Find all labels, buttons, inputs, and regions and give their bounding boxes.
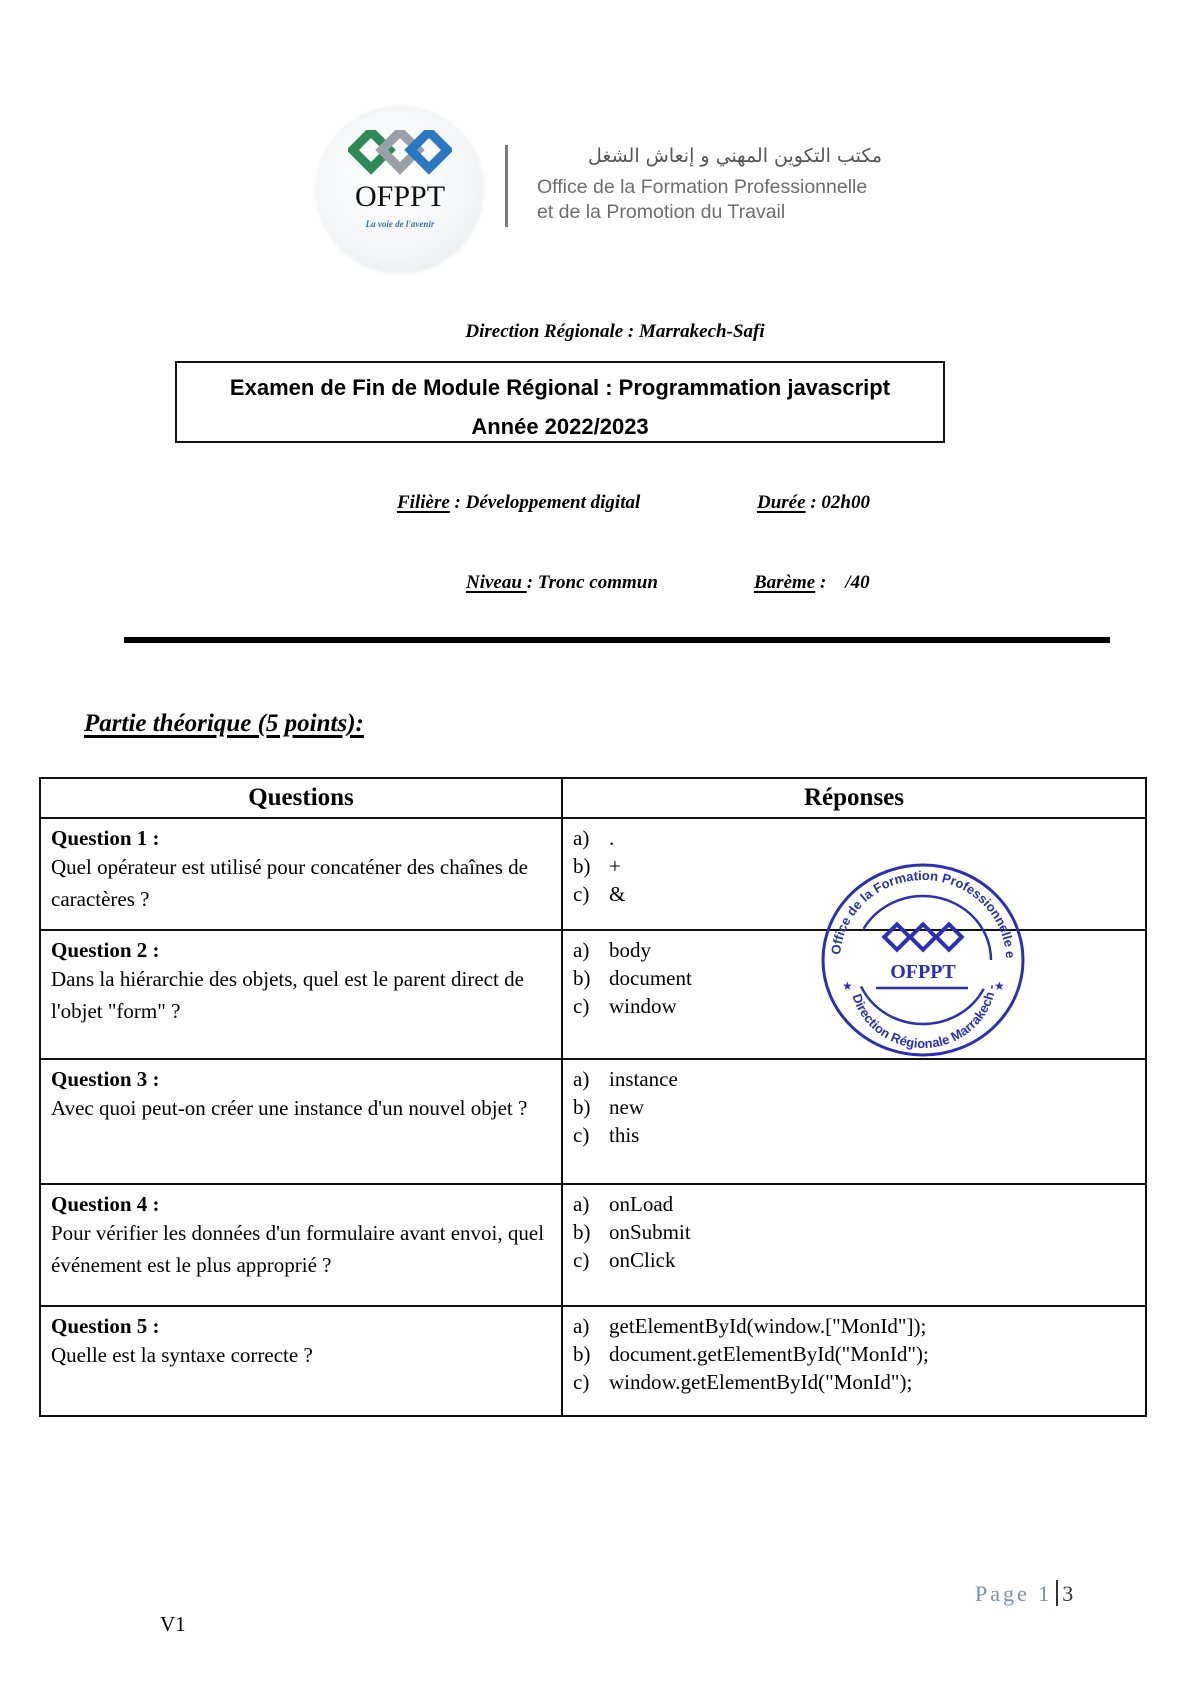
niveau-label: Niveau <box>466 572 527 593</box>
option-text: this <box>609 1121 639 1149</box>
table-row: Question 4 :Pour vérifier les données d'… <box>40 1184 1146 1306</box>
meta-niveau: Niveau : Tronc commun <box>466 572 658 594</box>
answer-option: c)onClick <box>573 1246 1135 1274</box>
answer-option: b)document <box>573 964 1135 992</box>
question-text: Quelle est la syntaxe correcte ? <box>51 1339 551 1371</box>
question-cell: Question 5 :Quelle est la syntaxe correc… <box>40 1306 562 1416</box>
filiere-label: Filière <box>397 492 450 513</box>
meta-duree: Durée : 02h00 <box>757 492 870 514</box>
page-separator <box>1056 1580 1058 1606</box>
option-text: document <box>609 964 692 992</box>
answers-cell: a)getElementById(window.["MonId"]);b)doc… <box>562 1306 1146 1416</box>
option-letter: b) <box>573 852 609 880</box>
question-label: Question 5 : <box>51 1313 551 1339</box>
option-letter: c) <box>573 992 609 1020</box>
duree-label: Durée <box>757 492 806 513</box>
section-divider <box>124 637 1110 643</box>
meta-bareme: Barème : /40 <box>754 572 870 594</box>
option-text: body <box>609 936 651 964</box>
answer-option: b)document.getElementById("MonId"); <box>573 1340 1135 1368</box>
question-text: Dans la hiérarchie des objets, quel est … <box>51 963 551 1027</box>
table-row: Question 3 :Avec quoi peut-on créer une … <box>40 1059 1146 1184</box>
option-text: + <box>609 852 621 880</box>
answer-option: b)+ <box>573 852 1135 880</box>
exam-title-box: Examen de Fin de Module Régional : Progr… <box>175 361 945 443</box>
question-label: Question 4 : <box>51 1191 551 1217</box>
option-letter: a) <box>573 1312 609 1340</box>
answers-cell: a)instanceb)newc)this <box>562 1059 1146 1184</box>
document-version: V1 <box>160 1612 186 1637</box>
table-row: Question 5 :Quelle est la syntaxe correc… <box>40 1306 1146 1416</box>
option-text: . <box>609 824 614 852</box>
option-letter: b) <box>573 1093 609 1121</box>
question-cell: Question 2 :Dans la hiérarchie des objet… <box>40 930 562 1059</box>
table-row: Question 2 :Dans la hiérarchie des objet… <box>40 930 1146 1059</box>
filiere-value: : Développement digital <box>450 492 640 513</box>
option-letter: a) <box>573 1065 609 1093</box>
question-label: Question 2 : <box>51 937 551 963</box>
option-letter: b) <box>573 1340 609 1368</box>
bareme-value: : /40 <box>815 572 869 593</box>
section-title: Partie théorique (5 points): <box>84 710 364 738</box>
option-letter: c) <box>573 1121 609 1149</box>
option-letter: b) <box>573 1218 609 1246</box>
option-letter: c) <box>573 880 609 908</box>
bareme-label: Barème <box>754 572 815 593</box>
answer-option: a)onLoad <box>573 1190 1135 1218</box>
questions-header: Questions <box>40 778 562 818</box>
question-cell: Question 4 :Pour vérifier les données d'… <box>40 1184 562 1306</box>
answer-option: c)this <box>573 1121 1135 1149</box>
question-text: Avec quoi peut-on créer une instance d'u… <box>51 1092 551 1124</box>
option-letter: a) <box>573 1190 609 1218</box>
answer-option: c)window.getElementById("MonId"); <box>573 1368 1135 1396</box>
question-label: Question 3 : <box>51 1066 551 1092</box>
option-text: document.getElementById("MonId"); <box>609 1340 929 1368</box>
org-name-line1: Office de la Formation Professionnelle <box>537 176 867 199</box>
exam-title: Examen de Fin de Module Régional : Progr… <box>177 375 943 401</box>
org-name-arabic: مكتب التكوين المهني و إنعاش الشغل <box>537 145 882 167</box>
answer-option: a)body <box>573 936 1135 964</box>
answers-cell: a)onLoadb)onSubmitc)onClick <box>562 1184 1146 1306</box>
logo-divider <box>505 145 508 227</box>
page-number: Page 13 <box>975 1580 1076 1607</box>
answers-cell: a).b)+c)& <box>562 818 1146 930</box>
option-text: instance <box>609 1065 678 1093</box>
option-text: getElementById(window.["MonId"]); <box>609 1312 926 1340</box>
answer-option: b)onSubmit <box>573 1218 1135 1246</box>
page-current: 1 <box>1038 1581 1052 1606</box>
question-label: Question 1 : <box>51 825 551 851</box>
meta-filiere: Filière : Développement digital <box>397 492 640 514</box>
answer-option: b)new <box>573 1093 1135 1121</box>
option-text: new <box>609 1093 644 1121</box>
option-text: window.getElementById("MonId"); <box>609 1368 912 1396</box>
option-letter: c) <box>573 1368 609 1396</box>
option-letter: b) <box>573 964 609 992</box>
question-cell: Question 3 :Avec quoi peut-on créer une … <box>40 1059 562 1184</box>
answer-option: a)getElementById(window.["MonId"]); <box>573 1312 1135 1340</box>
option-letter: a) <box>573 824 609 852</box>
option-text: onSubmit <box>609 1218 691 1246</box>
answers-cell: a)bodyb)documentc)window <box>562 930 1146 1059</box>
page-word: Page <box>975 1581 1030 1606</box>
option-text: onLoad <box>609 1190 673 1218</box>
table-row: Question 1 :Quel opérateur est utilisé p… <box>40 818 1146 930</box>
ofppt-logo-icon <box>348 130 452 180</box>
logo-name: OFPPT <box>318 180 482 214</box>
table-header-row: Questions Réponses <box>40 778 1146 818</box>
option-text: & <box>609 880 625 908</box>
questions-table: Questions Réponses Question 1 :Quel opér… <box>39 777 1147 1417</box>
duree-value: : 02h00 <box>806 492 870 513</box>
question-text: Pour vérifier les données d'un formulair… <box>51 1217 551 1281</box>
logo-tagline: La voie de l'avenir <box>318 219 482 229</box>
answers-header: Réponses <box>562 778 1146 818</box>
org-name-line2: et de la Promotion du Travail <box>537 201 785 224</box>
page-total: 3 <box>1062 1581 1076 1606</box>
answer-option: c)& <box>573 880 1135 908</box>
answer-option: c)window <box>573 992 1135 1020</box>
question-text: Quel opérateur est utilisé pour concatén… <box>51 851 551 915</box>
question-cell: Question 1 :Quel opérateur est utilisé p… <box>40 818 562 930</box>
regional-direction: Direction Régionale : Marrakech-Safi <box>0 321 1200 343</box>
option-text: window <box>609 992 677 1020</box>
option-letter: c) <box>573 1246 609 1274</box>
option-letter: a) <box>573 936 609 964</box>
niveau-value: : Tronc commun <box>527 572 658 593</box>
option-text: onClick <box>609 1246 676 1274</box>
exam-year: Année 2022/2023 <box>177 414 943 440</box>
answer-option: a)instance <box>573 1065 1135 1093</box>
answer-option: a). <box>573 824 1135 852</box>
